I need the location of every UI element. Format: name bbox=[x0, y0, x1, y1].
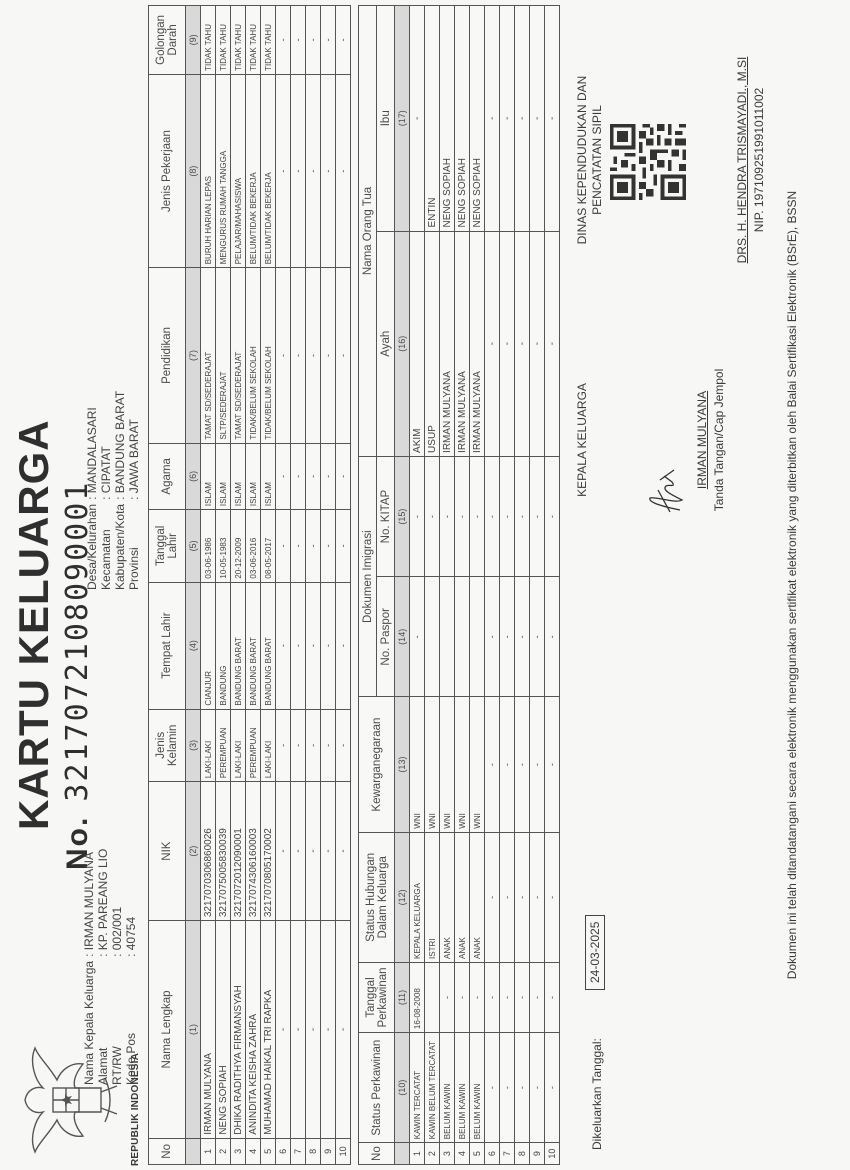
column-header: No bbox=[149, 1138, 186, 1164]
table-cell: - bbox=[485, 6, 500, 232]
table-cell: 10 bbox=[336, 1138, 351, 1164]
table-row: 3BELUM KAWIN-ANAKWNI-IRMAN MULYANANENG S… bbox=[440, 6, 455, 1165]
table-cell: - bbox=[291, 268, 306, 443]
info-value: : BANDUNG BARAT bbox=[113, 387, 127, 500]
col-ibu: Ibu bbox=[377, 6, 395, 232]
column-number bbox=[186, 1138, 201, 1164]
column-number: (9) bbox=[186, 6, 201, 75]
table-row: 8-------- bbox=[515, 6, 530, 1165]
head-of-family-info: Nama Kepala Keluarga: IRMAN MULYANA Alam… bbox=[82, 845, 138, 1085]
table-cell: 3217070805170002 bbox=[261, 782, 276, 921]
table-cell: - bbox=[530, 6, 545, 232]
table-cell: - bbox=[485, 231, 500, 456]
table-cell: - bbox=[291, 709, 306, 782]
info-value: : JAWA BARAT bbox=[127, 387, 141, 500]
table-cell: 20-12-2009 bbox=[231, 510, 246, 583]
table-cell: - bbox=[276, 782, 291, 921]
table-cell: 08-05-2017 bbox=[261, 510, 276, 583]
table-cell: 4 bbox=[246, 1138, 261, 1164]
document-title: KARTU KELUARGA bbox=[10, 419, 58, 830]
official-nip: NIP. 197109251991011002 bbox=[752, 10, 766, 310]
table-cell: - bbox=[276, 268, 291, 443]
table-cell: - bbox=[500, 577, 515, 697]
table-cell: SLTP/SEDERAJAT bbox=[216, 268, 231, 443]
table-cell: - bbox=[530, 456, 545, 576]
table-cell: - bbox=[410, 577, 425, 697]
col-status-perkawinan: Status Perkawinan bbox=[359, 1033, 395, 1143]
table-cell: - bbox=[336, 510, 351, 583]
table-cell: - bbox=[515, 231, 530, 456]
table-cell: - bbox=[306, 582, 321, 709]
agency-name: DINAS KEPENDUDUKAN DAN PENCATATAN SIPIL bbox=[575, 10, 605, 310]
table-cell bbox=[470, 577, 485, 697]
table-cell: 1 bbox=[201, 1138, 216, 1164]
table-cell: BANDUNG bbox=[216, 582, 231, 709]
table-cell: - bbox=[515, 6, 530, 232]
table-cell: 1 bbox=[410, 1143, 425, 1165]
table-row: 6-------- bbox=[485, 6, 500, 1165]
table-cell: 3 bbox=[231, 1138, 246, 1164]
column-number: (2) bbox=[186, 782, 201, 921]
table-cell: ANAK bbox=[455, 832, 470, 962]
table-cell: - bbox=[306, 510, 321, 583]
table-cell: - bbox=[336, 921, 351, 1139]
table-row: 4ANINDITA KEISHA ZAHRA3217074306160003PE… bbox=[246, 6, 261, 1165]
table-cell: 03-06-1986 bbox=[201, 510, 216, 583]
column-number: (14) bbox=[395, 577, 410, 697]
table-cell: - bbox=[336, 443, 351, 509]
table-cell: 3217072012090001 bbox=[231, 782, 246, 921]
column-number: (12) bbox=[395, 832, 410, 962]
table-cell: 3217070306860026 bbox=[201, 782, 216, 921]
table-cell: - bbox=[336, 582, 351, 709]
table-row: 1IRMAN MULYANA3217070306860026LAKI-LAKIC… bbox=[201, 6, 216, 1165]
col-status-hubungan: Status Hubungan Dalam Keluarga bbox=[359, 832, 395, 962]
table-cell: LAKI-LAKI bbox=[231, 709, 246, 782]
column-header: Tanggal Lahir bbox=[149, 510, 186, 583]
table-cell: - bbox=[321, 74, 336, 267]
col-nama-orang-tua: Nama Orang Tua bbox=[359, 6, 377, 457]
table-cell: BELUM/TIDAK BEKERJA bbox=[261, 74, 276, 267]
table-cell: TAMAT SD/SEDERAJAT bbox=[201, 268, 216, 443]
table-cell: 2 bbox=[425, 1143, 440, 1165]
column-number: (13) bbox=[395, 697, 410, 832]
table-cell: AKIM bbox=[410, 231, 425, 456]
table-cell: - bbox=[530, 697, 545, 832]
info-label: Alamat bbox=[96, 957, 110, 1085]
table-cell: TIDAK TAHU bbox=[231, 6, 246, 75]
col-ayah: Ayah bbox=[377, 231, 395, 456]
col-tanggal-perkawinan: Tanggal Perkawinan bbox=[359, 962, 395, 1032]
table-cell: - bbox=[291, 582, 306, 709]
table-cell: BANDUNG BARAT bbox=[261, 582, 276, 709]
electronic-signature-notice: Dokumen ini telah ditandatangani secara … bbox=[785, 0, 799, 1170]
table-cell: - bbox=[530, 231, 545, 456]
table-cell: - bbox=[306, 709, 321, 782]
table-cell: - bbox=[321, 510, 336, 583]
column-number: (6) bbox=[186, 443, 201, 509]
kartu-keluarga-document: REPUBLIK INDONESIA KARTU KELUARGA No.321… bbox=[0, 0, 850, 1170]
table-cell: WNI bbox=[410, 697, 425, 832]
table-cell: 6 bbox=[485, 1143, 500, 1165]
table-cell: IRMAN MULYANA bbox=[470, 231, 485, 456]
table-cell: TIDAK TAHU bbox=[216, 6, 231, 75]
table-cell: BANDUNG BARAT bbox=[246, 582, 261, 709]
table-cell: CIANJUR bbox=[201, 582, 216, 709]
table-cell: - bbox=[500, 6, 515, 232]
table-row: 9-------- bbox=[530, 6, 545, 1165]
table-cell: 5 bbox=[261, 1138, 276, 1164]
column-number: (10) bbox=[395, 1033, 410, 1143]
qr-code-icon bbox=[610, 124, 686, 200]
column-number: (3) bbox=[186, 709, 201, 782]
signature-icon bbox=[640, 460, 690, 520]
table-cell: - bbox=[306, 268, 321, 443]
table-cell: LAKI-LAKI bbox=[201, 709, 216, 782]
table-cell: - bbox=[545, 1033, 560, 1143]
table-cell: NENG SOPIAH bbox=[455, 6, 470, 232]
table-cell: - bbox=[485, 456, 500, 576]
table-cell: - bbox=[500, 697, 515, 832]
info-value: : IRMAN MULYANA bbox=[82, 845, 96, 957]
table-row: 6--------- bbox=[276, 6, 291, 1165]
table-row: 2KAWIN BELUM TERCATATISTRIWNI-USUPENTIN bbox=[425, 6, 440, 1165]
table-cell: ANAK bbox=[440, 832, 455, 962]
table-row: 10--------- bbox=[336, 6, 351, 1165]
table-cell: - bbox=[545, 6, 560, 232]
table-cell: - bbox=[276, 709, 291, 782]
table-cell: TIDAK TAHU bbox=[246, 6, 261, 75]
table-cell: - bbox=[291, 443, 306, 509]
table-cell: 10 bbox=[545, 1143, 560, 1165]
table-cell: TIDAK/BELUM SEKOLAH bbox=[246, 268, 261, 443]
table-cell: TIDAK TAHU bbox=[201, 6, 216, 75]
table-cell: 5 bbox=[470, 1143, 485, 1165]
col-kewarganegaraan: Kewarganegaraan bbox=[359, 697, 395, 832]
table-cell: 4 bbox=[455, 1143, 470, 1165]
table-cell: MENGURUS RUMAH TANGGA bbox=[216, 74, 231, 267]
table-cell bbox=[425, 577, 440, 697]
column-number: (1) bbox=[186, 921, 201, 1139]
head-of-family-name: IRMAN MULYANA bbox=[695, 290, 709, 590]
table-cell: ISLAM bbox=[216, 443, 231, 509]
table-cell: BELUM KAWIN bbox=[455, 1033, 470, 1143]
table-cell: - bbox=[410, 6, 425, 232]
table-cell: KEPALA KELUARGA bbox=[410, 832, 425, 962]
table-row: 7-------- bbox=[500, 6, 515, 1165]
table-cell: - bbox=[321, 268, 336, 443]
table-cell: - bbox=[336, 268, 351, 443]
table-cell: - bbox=[545, 697, 560, 832]
table-cell: ISLAM bbox=[246, 443, 261, 509]
table-cell: 10-05-1983 bbox=[216, 510, 231, 583]
table-cell: - bbox=[276, 74, 291, 267]
table-cell: - bbox=[530, 832, 545, 962]
table-cell: ANINDITA KEISHA ZAHRA bbox=[246, 921, 261, 1139]
column-header: Pendidikan bbox=[149, 268, 186, 443]
table-cell: 7 bbox=[500, 1143, 515, 1165]
table-cell: - bbox=[515, 456, 530, 576]
table-row: 8--------- bbox=[306, 6, 321, 1165]
col-no-paspor: No. Paspor bbox=[377, 577, 395, 697]
table-cell: 8 bbox=[306, 1138, 321, 1164]
table-cell: - bbox=[455, 962, 470, 1032]
table-cell: ISLAM bbox=[261, 443, 276, 509]
table-cell: WNI bbox=[440, 697, 455, 832]
table-cell: 9 bbox=[321, 1138, 336, 1164]
table-cell: - bbox=[291, 921, 306, 1139]
table-cell: - bbox=[291, 74, 306, 267]
table-cell: PEREMPUAN bbox=[216, 709, 231, 782]
info-value: : CIPATAT bbox=[99, 387, 113, 500]
table-cell: USUP bbox=[425, 231, 440, 456]
table-cell: KAWIN TERCATAT bbox=[410, 1033, 425, 1143]
table-row: 5MUHAMAD HAIKAL TRI RAPKA321707080517000… bbox=[261, 6, 276, 1165]
table-cell: - bbox=[276, 510, 291, 583]
table-cell: - bbox=[276, 582, 291, 709]
table-header-row: NoNama LengkapNIKJenis KelaminTempat Lah… bbox=[149, 6, 186, 1165]
table-cell: - bbox=[545, 962, 560, 1032]
table-cell: MUHAMAD HAIKAL TRI RAPKA bbox=[261, 921, 276, 1139]
info-label: Kabupaten/Kota bbox=[113, 500, 127, 590]
table-cell: IRMAN MULYANA bbox=[455, 231, 470, 456]
info-label: Desa/Kelurahan bbox=[85, 500, 99, 590]
column-header: Agama bbox=[149, 443, 186, 509]
table-cell: - bbox=[306, 782, 321, 921]
info-label: RT/RW bbox=[110, 957, 124, 1085]
table-cell: - bbox=[321, 6, 336, 75]
info-label: Kode Pos bbox=[124, 957, 138, 1085]
info-label: Kecamatan bbox=[99, 500, 113, 590]
issued-date: 24-03-2025 bbox=[585, 915, 605, 990]
table-cell: - bbox=[321, 443, 336, 509]
info-value: : KP. PAREANG LIO bbox=[96, 845, 110, 957]
table-cell: - bbox=[485, 577, 500, 697]
table-cell: 9 bbox=[530, 1143, 545, 1165]
column-number: (8) bbox=[186, 74, 201, 267]
column-number bbox=[395, 1143, 410, 1165]
info-label: Provinsi bbox=[127, 500, 141, 590]
agency-line-2: PENCATATAN SIPIL bbox=[590, 10, 605, 310]
agency-line-1: DINAS KEPENDUDUKAN DAN bbox=[575, 10, 590, 310]
column-header: NIK bbox=[149, 782, 186, 921]
table-cell: - bbox=[530, 1033, 545, 1143]
column-number: (15) bbox=[395, 456, 410, 576]
column-header: Tempat Lahir bbox=[149, 582, 186, 709]
table-cell: - bbox=[500, 962, 515, 1032]
table-cell: 03-06-2016 bbox=[246, 510, 261, 583]
table-cell: 8 bbox=[515, 1143, 530, 1165]
table-row: 9--------- bbox=[321, 6, 336, 1165]
table-cell bbox=[425, 962, 440, 1032]
table-cell: - bbox=[321, 782, 336, 921]
table-cell: 2 bbox=[216, 1138, 231, 1164]
table-cell: NENG SOPIAH bbox=[470, 6, 485, 232]
column-number: (11) bbox=[395, 962, 410, 1032]
col-no: No bbox=[359, 1143, 395, 1165]
table-cell: ANAK bbox=[470, 832, 485, 962]
table-cell: - bbox=[306, 443, 321, 509]
table-cell: 16-08-2008 bbox=[410, 962, 425, 1032]
table-cell: - bbox=[500, 456, 515, 576]
family-members-table: NoNama LengkapNIKJenis KelaminTempat Lah… bbox=[148, 5, 351, 1165]
table-cell: - bbox=[336, 6, 351, 75]
table-cell: DHIKA RADITHYA FIRMANSYAH bbox=[231, 921, 246, 1139]
table-row: 5BELUM KAWIN-ANAKWNI-IRMAN MULYANANENG S… bbox=[470, 6, 485, 1165]
table-cell: - bbox=[321, 921, 336, 1139]
table-cell: TAMAT SD/SEDERAJAT bbox=[231, 268, 246, 443]
table-cell: IRMAN MULYANA bbox=[201, 921, 216, 1139]
table-cell: KAWIN BELUM TERCATAT bbox=[425, 1033, 440, 1143]
table-cell: - bbox=[291, 782, 306, 921]
table-cell: - bbox=[530, 577, 545, 697]
table-cell: WNI bbox=[455, 697, 470, 832]
table-cell: 3217074306160003 bbox=[246, 782, 261, 921]
official-name: DRS. H. HENDRA TRISMAYADI., M.SI bbox=[735, 10, 749, 310]
table-cell: WNI bbox=[425, 697, 440, 832]
table-cell: - bbox=[440, 456, 455, 576]
table-cell: - bbox=[321, 709, 336, 782]
table-row: 4BELUM KAWIN-ANAKWNI-IRMAN MULYANANENG S… bbox=[455, 6, 470, 1165]
table-row: 1KAWIN TERCATAT16-08-2008KEPALA KELUARGA… bbox=[410, 6, 425, 1165]
column-number: (4) bbox=[186, 582, 201, 709]
table-cell: - bbox=[276, 6, 291, 75]
table-cell: - bbox=[306, 74, 321, 267]
table-cell: - bbox=[291, 6, 306, 75]
table-cell: 3 bbox=[440, 1143, 455, 1165]
table-cell: - bbox=[321, 582, 336, 709]
table-cell: WNI bbox=[470, 697, 485, 832]
info-value: : MANDALASARI bbox=[85, 387, 99, 500]
info-value: : 002/001 bbox=[110, 845, 124, 957]
info-value: : 40754 bbox=[124, 845, 138, 957]
table-cell: PELAJAR/MAHASISWA bbox=[231, 74, 246, 267]
table-cell: - bbox=[470, 962, 485, 1032]
table-cell: - bbox=[306, 921, 321, 1139]
table-cell: - bbox=[500, 231, 515, 456]
column-header: Jenis Pekerjaan bbox=[149, 74, 186, 267]
table-cell: ENTIN bbox=[425, 6, 440, 232]
table-cell: - bbox=[470, 456, 485, 576]
column-number: (5) bbox=[186, 510, 201, 583]
table-cell: - bbox=[545, 577, 560, 697]
column-header: Nama Lengkap bbox=[149, 921, 186, 1139]
column-header: Golongan Darah bbox=[149, 6, 186, 75]
table-cell: - bbox=[336, 74, 351, 267]
table-cell: NENG SOPIAH bbox=[216, 921, 231, 1139]
table-cell: IRMAN MULYANA bbox=[440, 231, 455, 456]
table-cell: BURUH HARIAN LEPAS bbox=[201, 74, 216, 267]
info-label: Nama Kepala Keluarga bbox=[82, 957, 96, 1085]
table-cell: - bbox=[500, 832, 515, 962]
table-cell: - bbox=[485, 832, 500, 962]
table-row: 10-------- bbox=[545, 6, 560, 1165]
table-cell: ISTRI bbox=[425, 832, 440, 962]
table-cell: BANDUNG BARAT bbox=[231, 582, 246, 709]
column-header: Jenis Kelamin bbox=[149, 709, 186, 782]
table-cell: ISLAM bbox=[231, 443, 246, 509]
table-cell: - bbox=[515, 697, 530, 832]
table-cell: - bbox=[455, 456, 470, 576]
table-cell: - bbox=[306, 6, 321, 75]
signature-caption: Tanda Tangan/Cap Jempol bbox=[712, 290, 726, 590]
table-cell bbox=[455, 577, 470, 697]
table-cell: - bbox=[485, 1033, 500, 1143]
table-cell: - bbox=[530, 962, 545, 1032]
table-cell: LAKI-LAKI bbox=[261, 709, 276, 782]
table-cell: 3217075005830039 bbox=[216, 782, 231, 921]
table-cell: BELUM/TIDAK BEKERJA bbox=[246, 74, 261, 267]
table-cell: - bbox=[276, 443, 291, 509]
table-cell: NENG SOPIAH bbox=[440, 6, 455, 232]
col-dokumen-imigrasi: Dokumen Imigrasi bbox=[359, 456, 377, 696]
table-cell: TIDAK/BELUM SEKOLAH bbox=[261, 268, 276, 443]
col-no-kitap: No. KITAP bbox=[377, 456, 395, 576]
column-number-row: (10)(11)(12)(13)(14)(15)(16)(17) bbox=[395, 6, 410, 1165]
table-cell: - bbox=[425, 456, 440, 576]
table-cell: - bbox=[515, 832, 530, 962]
column-number: (16) bbox=[395, 231, 410, 456]
table-cell: - bbox=[276, 921, 291, 1139]
table-cell: - bbox=[440, 962, 455, 1032]
table-cell: ISLAM bbox=[201, 443, 216, 509]
table-cell: 7 bbox=[291, 1138, 306, 1164]
table-cell: - bbox=[500, 1033, 515, 1143]
column-number: (17) bbox=[395, 6, 410, 232]
table-cell: - bbox=[485, 697, 500, 832]
region-info: Desa/Kelurahan: MANDALASARI Kecamatan: C… bbox=[85, 387, 141, 590]
table-cell bbox=[440, 577, 455, 697]
table-cell: PEREMPUAN bbox=[246, 709, 261, 782]
column-number-row: (1)(2)(3)(4)(5)(6)(7)(8)(9) bbox=[186, 6, 201, 1165]
table-cell: - bbox=[291, 510, 306, 583]
table-cell: BELUM KAWIN bbox=[470, 1033, 485, 1143]
family-status-table: No Status Perkawinan Tanggal Perkawinan … bbox=[358, 5, 560, 1165]
table-cell: TIDAK TAHU bbox=[261, 6, 276, 75]
table-row: 2NENG SOPIAH3217075005830039PEREMPUANBAN… bbox=[216, 6, 231, 1165]
table-cell: - bbox=[410, 456, 425, 576]
table-cell: - bbox=[545, 832, 560, 962]
table-cell: 6 bbox=[276, 1138, 291, 1164]
table-row: 3DHIKA RADITHYA FIRMANSYAH32170720120900… bbox=[231, 6, 246, 1165]
column-number: (7) bbox=[186, 268, 201, 443]
table-cell: - bbox=[485, 962, 500, 1032]
table-cell: BELUM KAWIN bbox=[440, 1033, 455, 1143]
table-cell: - bbox=[515, 577, 530, 697]
table-cell: - bbox=[515, 1033, 530, 1143]
table-cell: - bbox=[336, 782, 351, 921]
table-cell: - bbox=[515, 962, 530, 1032]
issued-label: Dikeluarkan Tanggal: bbox=[590, 1038, 604, 1150]
table-cell: - bbox=[545, 231, 560, 456]
table-cell: - bbox=[545, 456, 560, 576]
head-of-family-signature-title: KEPALA KELUARGA bbox=[575, 290, 589, 590]
table-cell: - bbox=[336, 709, 351, 782]
table-row: 7--------- bbox=[291, 6, 306, 1165]
